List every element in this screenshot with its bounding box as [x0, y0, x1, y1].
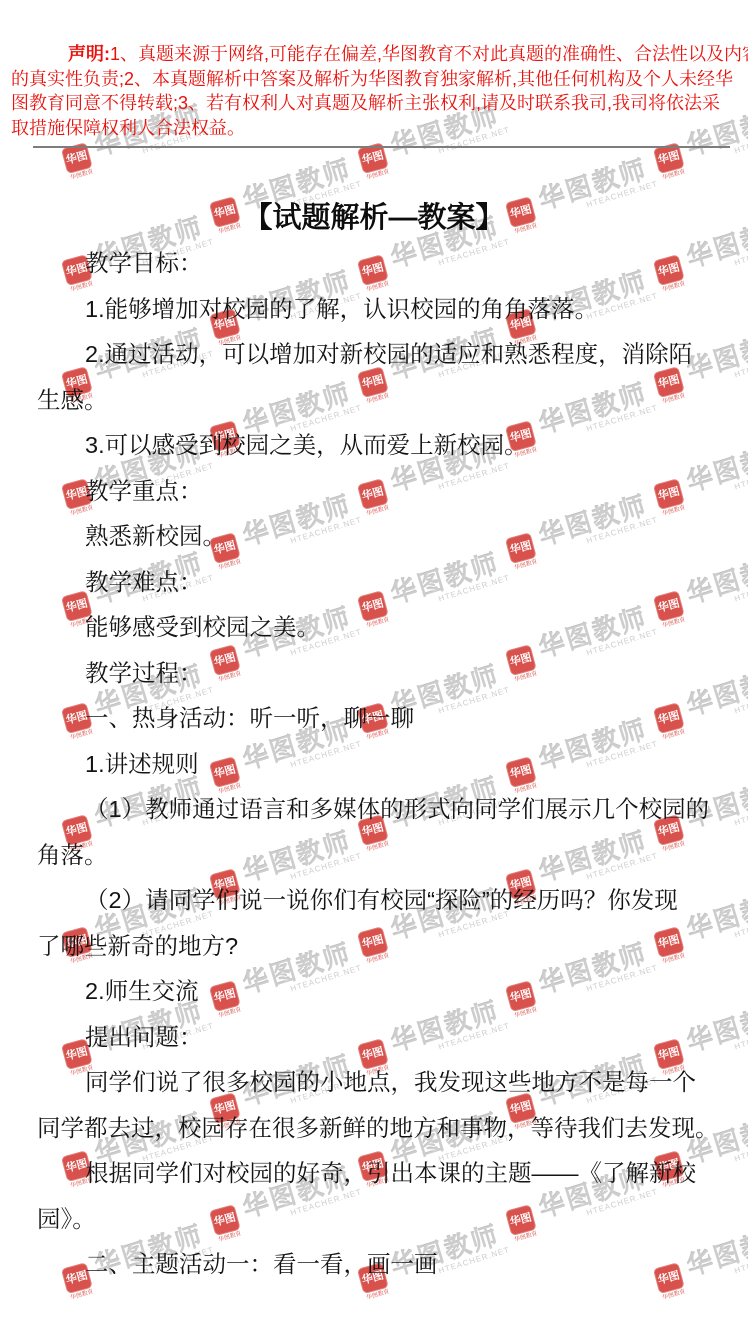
content-line: 园》。 — [37, 1197, 720, 1243]
disclaimer-line: 图教育同意不得转载;3、若有权利人对真题及解析主张权利,请及时联系我司,我司将依… — [11, 91, 736, 116]
content-line: 一、热身活动：听一听，聊一聊 — [37, 696, 720, 742]
watermark-logo-caption: 华图教育 — [70, 1288, 95, 1301]
divider-line — [33, 146, 730, 148]
page-title: 【试题解析—教案】 — [0, 201, 748, 235]
content-line: 根据同学们对校园的好奇，引出本课的主题——《了解新校 — [37, 1151, 720, 1197]
content-line: 教学难点： — [37, 560, 720, 606]
content-line: 能够感受到校园之美。 — [37, 605, 720, 651]
content-line: 教学目标： — [37, 241, 720, 287]
watermark-logo-caption: 华图教育 — [662, 1288, 687, 1301]
content-line: 2.通过活动，可以增加对新校园的适应和熟悉程度，消除陌 — [37, 332, 720, 378]
content-line: 教学重点： — [37, 469, 720, 515]
disclaimer-label: 声明: — [68, 44, 110, 64]
content-line: 二、主题活动一：看一看，画一画 — [37, 1242, 720, 1288]
content-line: （2）请同学们说一说你们有校园“探险”的经历吗？你发现 — [37, 878, 720, 924]
content-line: 同学都去过，校园存在很多新鲜的地方和事物，等待我们去发现。 — [37, 1106, 720, 1152]
content-line: 2.师生交流 — [37, 969, 720, 1015]
disclaimer: 声明:1、真题来源于网络,可能存在偏差,华图教育不对此真题的准确性、合法性以及内… — [11, 42, 736, 140]
lesson-plan-content: 教学目标：1.能够增加对校园的了解，认识校园的角角落落。2.通过活动，可以增加对… — [37, 241, 720, 1288]
content-line: 教学过程： — [37, 651, 720, 697]
disclaimer-line: 的真实性负责;2、本真题解析中答案及解析为华图教育独家解析,其他任何机构及个人未… — [11, 67, 736, 92]
content-line: 1.能够增加对校园的了解，认识校园的角角落落。 — [37, 287, 720, 333]
document-page: 华图华图教育华图教师HTEACHER.NET华图华图教育华图教师HTEACHER… — [0, 0, 748, 1335]
disclaimer-line: 声明:1、真题来源于网络,可能存在偏差,华图教育不对此真题的准确性、合法性以及内… — [11, 42, 736, 67]
content-line: 角落。 — [37, 833, 720, 879]
content-line: 1.讲述规则 — [37, 742, 720, 788]
content-line: 了哪些新奇的地方? — [37, 924, 720, 970]
content-line: （1）教师通过语言和多媒体的形式向同学们展示几个校园的 — [37, 787, 720, 833]
content-line: 熟悉新校园。 — [37, 514, 720, 560]
disclaimer-line: 取措施保障权利人合法权益。 — [11, 116, 736, 141]
content-line: 提出问题： — [37, 1015, 720, 1061]
content-line: 同学们说了很多校园的小地点，我发现这些地方不是每一个 — [37, 1060, 720, 1106]
watermark-logo-caption: 华图教育 — [366, 1288, 391, 1301]
content-line: 3.可以感受到校园之美，从而爱上新校园。 — [37, 423, 720, 469]
content-line: 生感。 — [37, 378, 720, 424]
